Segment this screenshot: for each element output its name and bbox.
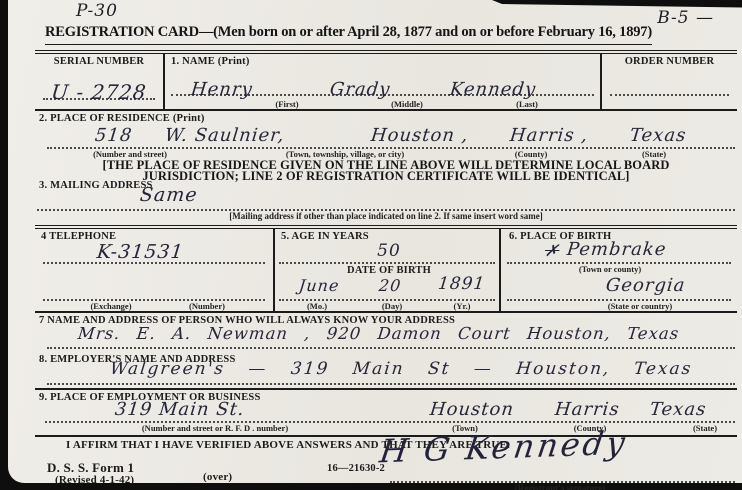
signature-sublabel: (Registrant's signature) (515, 483, 606, 490)
name-last-sublabel: (Last) (516, 99, 538, 109)
birth-state-sublabel: (State or country) (608, 301, 673, 311)
employment-street-sublabel: (Number and street or R. F. D . number) (142, 423, 288, 433)
pencil-annotation-top-right: B-5 — (657, 8, 714, 28)
name-first-sublabel: (First) (275, 99, 298, 109)
birth-town-sublabel: (Town or county) (579, 264, 641, 274)
mailing-label: 3. MAILING ADDRESS (39, 180, 153, 191)
birth-state-value: Georgia (605, 275, 687, 296)
employer-value: Walgreen's — 319 Main St — Houston, Texa… (109, 359, 694, 379)
registrant-signature: H G Kennedy (377, 424, 630, 471)
telephone-dotted-line (43, 262, 265, 264)
row-place-of-employment: 9. PLACE OF EMPLOYMENT OR BUSINESS 319 M… (35, 390, 737, 437)
name-first-value: Henry (190, 79, 254, 100)
employment-street-value: 319 Main St. (114, 399, 246, 420)
date-of-birth-label: DATE OF BIRTH (347, 265, 431, 276)
over-note: (over) (203, 471, 232, 483)
card-title: REGISTRATION CARD—(Men born on or after … (45, 24, 652, 45)
name-cell: 1. NAME (Print) Henry Grady Kennedy (Fir… (163, 54, 602, 109)
age-value: 50 (377, 241, 401, 261)
residence-state-value: Texas (629, 125, 688, 146)
telephone-exchange-sublabel: (Exchange) (90, 301, 131, 311)
age-label: 5. AGE IN YEARS (281, 231, 369, 242)
row-mailing-address: 3. MAILING ADDRESS Same [Mailing address… (35, 178, 737, 229)
employment-county-value: Harris (554, 399, 621, 420)
row-serial-name-order: SERIAL NUMBER U - 2728 1. NAME (Print) H… (35, 54, 737, 111)
telephone-value: K-31531 (96, 241, 185, 263)
order-dotted-line (610, 94, 729, 96)
place-of-birth-cell: 6. PLACE OF BIRTH ✗ Pembrake (Town or co… (501, 229, 737, 311)
residence-city-value: Houston , (370, 125, 470, 146)
birth-town-value: Pembrake (566, 239, 668, 260)
order-number-cell: ORDER NUMBER (602, 54, 737, 109)
dob-day-sublabel: (Day) (382, 301, 402, 311)
scratched-out-mark: ✗ (544, 241, 560, 260)
residence-street-value: W. Saulnier, (164, 125, 286, 146)
employment-state-sublabel: (State) (693, 423, 717, 433)
pencil-annotation-top-left: P-30 (76, 1, 118, 21)
name-last-value: Kennedy (449, 79, 537, 100)
residence-label: 2. PLACE OF RESIDENCE (Print) (39, 113, 205, 124)
dob-day-value: 20 (378, 276, 402, 295)
scanned-registration-card-page: { "colors": {"paper": "#eceae4", "ink": … (0, 0, 742, 490)
name-label: 1. NAME (Print) (171, 56, 250, 67)
residence-number-value: 518 (94, 125, 134, 146)
mailing-sublabel: [Mailing address if other than place ind… (35, 211, 737, 221)
residence-county-value: Harris , (509, 125, 589, 146)
dob-month-sublabel: (Mo.) (307, 301, 327, 311)
name-middle-value: Grady (329, 79, 392, 100)
registration-form: SERIAL NUMBER U - 2728 1. NAME (Print) H… (35, 50, 737, 490)
row-contact-person: 7 NAME AND ADDRESS OF PERSON WHO WILL AL… (35, 313, 737, 352)
form-revision: (Revised 4-1-42) (55, 474, 134, 486)
name-middle-sublabel: (Middle) (391, 99, 423, 109)
serial-number-label: SERIAL NUMBER (35, 56, 163, 67)
telephone-cell: 4 TELEPHONE K-31531 (Exchange) (Number) (35, 229, 273, 311)
age-cell: 5. AGE IN YEARS 50 DATE OF BIRTH June 20… (273, 229, 501, 311)
dob-year-sublabel: (Yr.) (454, 301, 471, 311)
order-number-label: ORDER NUMBER (602, 56, 737, 67)
registration-card: P-30 B-5 — REGISTRATION CARD—(Men born o… (8, 0, 742, 483)
age-dotted-line (279, 262, 495, 264)
employer-dotted-line (47, 383, 735, 385)
employment-town-value: Houston (429, 399, 515, 420)
row-employer: 8. EMPLOYER'S NAME AND ADDRESS Walgreen'… (35, 352, 737, 390)
stock-number: 16—21630-2 (327, 463, 385, 474)
employment-state-value: Texas (649, 399, 708, 420)
mailing-value: Same (139, 184, 199, 206)
row-place-of-residence: 2. PLACE OF RESIDENCE (Print) 518 W. Sau… (35, 111, 737, 178)
serial-number-value: U - 2728 (34, 80, 165, 104)
row-footer: D. S. S. Form 1 (Revised 4-1-42) (over) … (35, 454, 737, 490)
telephone-number-sublabel: (Number) (189, 301, 225, 311)
contact-dotted-line (47, 347, 735, 349)
dob-month-value: June (298, 276, 340, 295)
dob-year-value: 1891 (437, 274, 486, 294)
serial-number-cell: SERIAL NUMBER U - 2728 (35, 54, 163, 109)
row-telephone-age-birth: 4 TELEPHONE K-31531 (Exchange) (Number) … (35, 229, 737, 313)
contact-value: Mrs. E. A. Newman , 920 Damon Court Hous… (77, 324, 680, 343)
telephone-bottom-dotted-line (43, 299, 265, 301)
